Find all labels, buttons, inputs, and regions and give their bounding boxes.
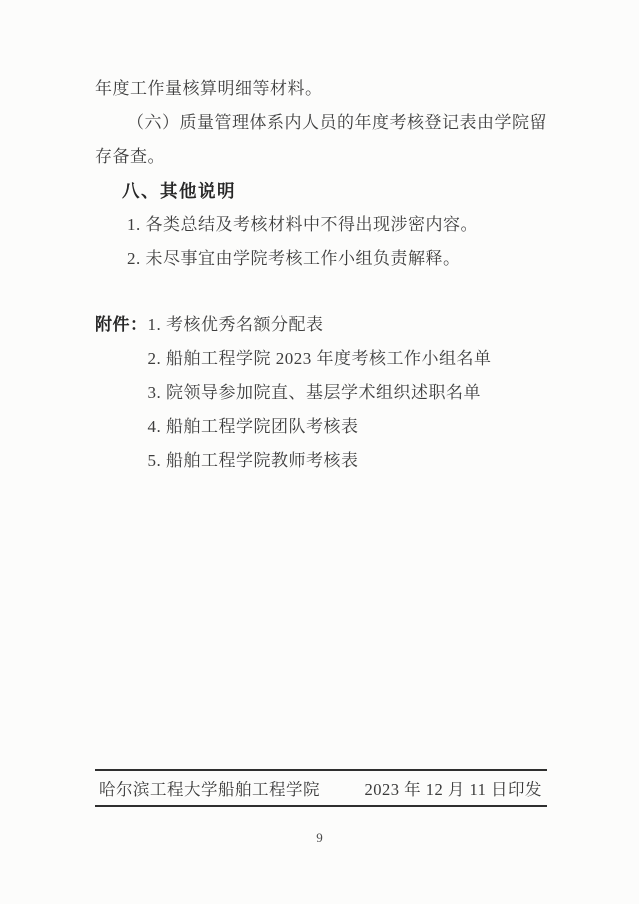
attachments-list: 1. 考核优秀名额分配表 2. 船舶工程学院 2023 年度考核工作小组名单 3… [148,308,548,478]
attachment-item-1: 1. 考核优秀名额分配表 [148,308,548,342]
section-heading: 八、其他说明 [95,174,547,208]
attachment-item-2: 2. 船舶工程学院 2023 年度考核工作小组名单 [148,342,548,376]
issuer-name: 哈尔滨工程大学船舶工程学院 [99,776,320,800]
document-body: 年度工作量核算明细等材料。 （六）质量管理体系内人员的年度考核登记表由学院留存备… [95,72,547,478]
document-footer: 哈尔滨工程大学船舶工程学院 2023 年 12 月 11 日印发 [95,769,547,807]
page-number: 9 [0,830,639,846]
attachments-block: 附件： 1. 考核优秀名额分配表 2. 船舶工程学院 2023 年度考核工作小组… [95,308,547,478]
attachment-item-3: 3. 院领导参加院直、基层学术组织述职名单 [148,376,548,410]
paragraph-item-six: （六）质量管理体系内人员的年度考核登记表由学院留存备查。 [95,106,547,174]
attachment-item-4: 4. 船舶工程学院团队考核表 [148,410,548,444]
paragraph-note-2: 2. 未尽事宜由学院考核工作小组负责解释。 [95,242,547,276]
print-date: 2023 年 12 月 11 日印发 [364,776,542,800]
document-page: 年度工作量核算明细等材料。 （六）质量管理体系内人员的年度考核登记表由学院留存备… [0,0,639,904]
paragraph-continuation: 年度工作量核算明细等材料。 [95,72,547,106]
paragraph-note-1: 1. 各类总结及考核材料中不得出现涉密内容。 [95,208,547,242]
attachment-item-5: 5. 船舶工程学院教师考核表 [148,444,548,478]
attachments-label: 附件： [95,308,148,342]
